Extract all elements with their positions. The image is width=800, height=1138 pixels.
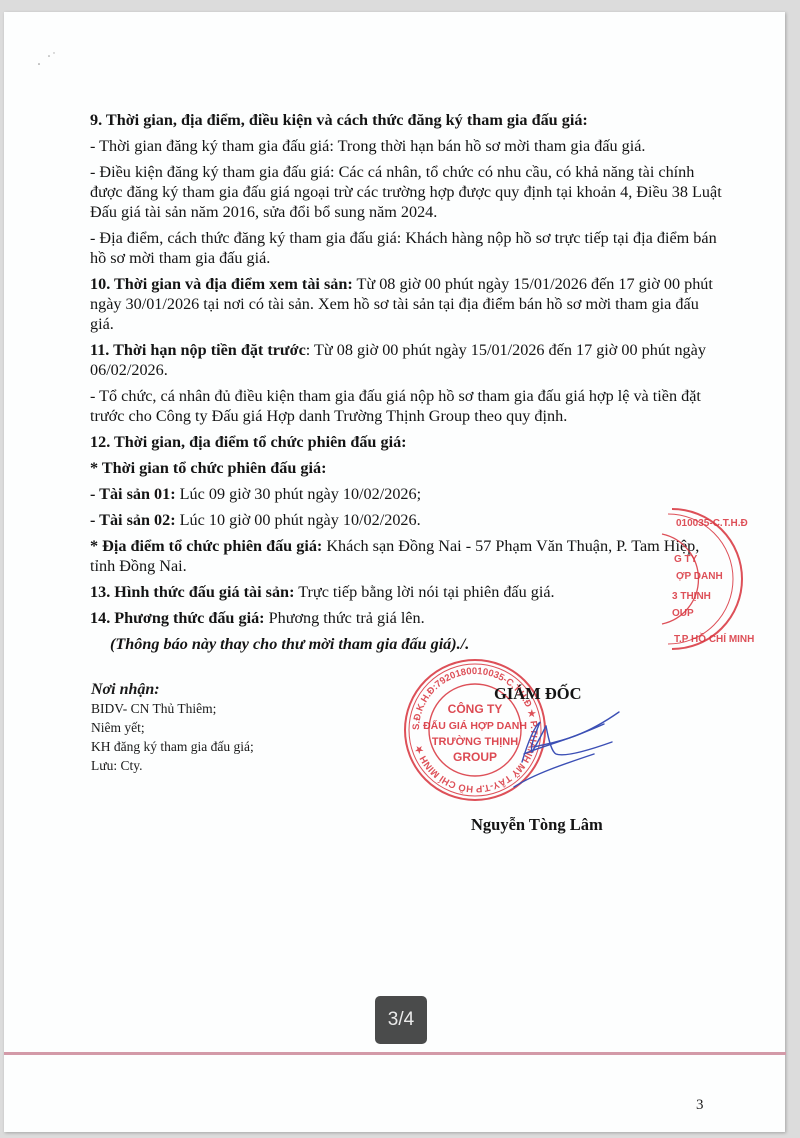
section-12-place: * Địa điểm tổ chức phiên đấu giá: Khách … (90, 536, 725, 576)
section-13-heading: 13. Hình thức đấu giá tài sản: (90, 583, 294, 601)
receiver-item: KH đăng ký tham gia đấu giá; (91, 737, 391, 756)
section-11-heading: 11. Thời hạn nộp tiền đặt trước (90, 341, 306, 359)
section-11: 11. Thời hạn nộp tiền đặt trước: Từ 08 g… (90, 340, 725, 380)
section-12-heading: 12. Thời gian, địa điểm tổ chức phiên đấ… (90, 432, 725, 452)
section-13: 13. Hình thức đấu giá tài sản: Trực tiếp… (90, 582, 725, 602)
page-indicator[interactable]: 3/4 (375, 996, 427, 1044)
svg-text:010035-C.T.H.Đ: 010035-C.T.H.Đ (676, 518, 748, 529)
receivers-block: Nơi nhận: BIDV- CN Thủ Thiêm; Niêm yết; … (91, 680, 391, 775)
section-14-heading: 14. Phương thức đấu giá: (90, 609, 265, 627)
section-14: 14. Phương thức đấu giá: Phương thức trả… (90, 608, 725, 628)
section-13-text: Trực tiếp bằng lời nói tại phiên đấu giá… (294, 583, 554, 601)
section-10-heading: 10. Thời gian và địa điểm xem tài sản: (90, 275, 353, 293)
section-12-asset-1: - Tài sản 01: Lúc 09 giờ 30 phút ngày 10… (90, 484, 725, 504)
asset-1-label: - Tài sản 01: (90, 485, 176, 503)
section-14-text: Phương thức trả giá lên. (265, 609, 425, 627)
svg-text:ỢP DANH: ỢP DANH (676, 571, 723, 582)
footer-divider (4, 1052, 786, 1055)
asset-2-text: Lúc 10 giờ 00 phút ngày 10/02/2026. (176, 511, 421, 529)
partial-stamp-icon: 010035-C.T.H.Đ G TY ỢP DANH 3 THỊNH OUP … (652, 504, 762, 654)
place-label: * Địa điểm tổ chức phiên đấu giá: (90, 537, 322, 555)
svg-text:G TY: G TY (674, 554, 698, 565)
receiver-item: Lưu: Cty. (91, 756, 391, 775)
svg-text:GROUP: GROUP (453, 750, 497, 764)
section-12-time-heading: * Thời gian tổ chức phiên đấu giá: (90, 458, 725, 478)
asset-2-label: - Tài sản 02: (90, 511, 176, 529)
svg-text:3 THỊNH: 3 THỊNH (672, 591, 711, 602)
document-body: 9. Thời gian, địa điểm, điều kiện và các… (90, 110, 725, 654)
signature-icon (494, 702, 624, 792)
section-9-item: - Địa điểm, cách thức đăng ký tham gia đ… (90, 228, 725, 268)
signer-name: Nguyễn Tòng Lâm (471, 815, 603, 835)
asset-1-text: Lúc 09 giờ 30 phút ngày 10/02/2026; (176, 485, 422, 503)
document-page: 9. Thời gian, địa điểm, điều kiện và các… (4, 12, 785, 1132)
signer-title: GIÁM ĐỐC (494, 684, 582, 704)
section-9-heading: 9. Thời gian, địa điểm, điều kiện và các… (90, 110, 725, 130)
section-10: 10. Thời gian và địa điểm xem tài sản: T… (90, 274, 725, 334)
receivers-heading: Nơi nhận: (91, 680, 391, 699)
receiver-item: Niêm yết; (91, 718, 391, 737)
page-number: 3 (696, 1097, 704, 1114)
section-11-note: - Tổ chức, cá nhân đủ điều kiện tham gia… (90, 386, 725, 426)
scan-specks (36, 48, 66, 73)
section-12-asset-2: - Tài sản 02: Lúc 10 giờ 00 phút ngày 10… (90, 510, 725, 530)
closing-note: (Thông báo này thay cho thư mời tham gia… (90, 634, 725, 654)
svg-text:T.P HỒ CHÍ MINH: T.P HỒ CHÍ MINH (674, 632, 754, 645)
section-9-item: - Thời gian đăng ký tham gia đấu giá: Tr… (90, 136, 725, 156)
receiver-item: BIDV- CN Thủ Thiêm; (91, 699, 391, 718)
svg-text:OUP: OUP (672, 608, 694, 619)
section-9-item: - Điều kiện đăng ký tham gia đấu giá: Cá… (90, 162, 725, 222)
